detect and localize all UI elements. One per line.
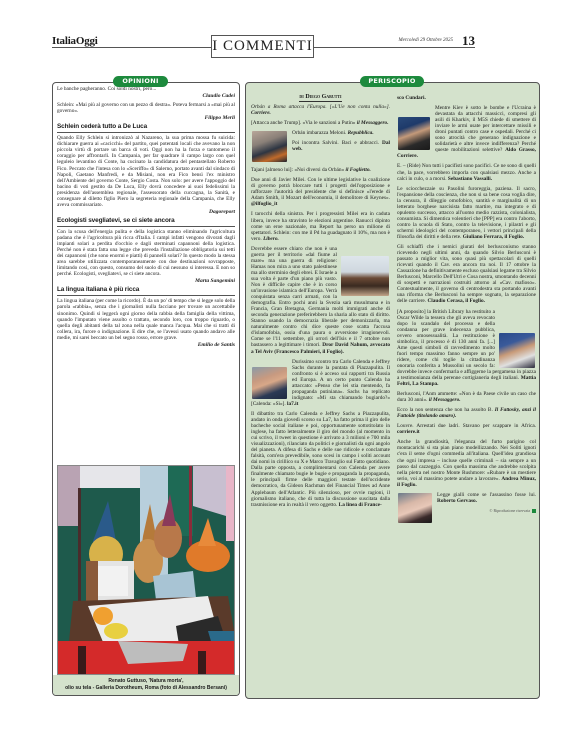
periscopio-item: Mentre Kiev è sotto le bombe e l'Ucraina…: [397, 105, 536, 159]
caption-line-2: olio su tela - Galleria Dorotheum, Roma …: [53, 685, 239, 692]
publication-logo: ItaliaOggi: [52, 35, 98, 47]
periscopio-item: Legge gialli come se l'assassino fosse l…: [397, 492, 536, 524]
opinion-article: Ecologisti svegliatevi, se ci siete anco…: [57, 218, 235, 284]
gervaso-photo: [398, 493, 432, 523]
orban-photo: [252, 131, 287, 162]
periscopio-item: Louvre. Arrestati due ladri. Stavano per…: [397, 423, 536, 435]
opinioni-column: Le banche pagheranno. Coi soldi nostri, …: [52, 82, 240, 696]
green-square-icon: [532, 509, 536, 513]
periscopio-item: Durissimo scontro tra Carlo Calenda e Je…: [251, 359, 390, 407]
letter-signature: Claudio Cadei: [57, 93, 235, 99]
letter: Le banche pagheranno. Coi soldi nostri, …: [57, 86, 235, 99]
byline: di Diego Gabutti: [251, 94, 390, 100]
periscopio-item: Le sciocchezzaie su Pasolini furoreggia,…: [397, 186, 536, 240]
periscopio-item: Due anni di Javier Milei. Con le ultime …: [251, 177, 390, 207]
periscopio-item: Anche la grandiosità, l'eleganza del fur…: [397, 439, 536, 487]
periscopio-item: Dovrebbe essere chiaro che non è una gue…: [251, 246, 390, 355]
article-body: Quando Elly Schlein si intronizzò al Naz…: [57, 135, 235, 208]
issue-date: Mercoledì 29 Ottobre 2025: [399, 38, 453, 43]
kiev-official-photo: [398, 117, 430, 150]
camel-photo: [341, 256, 389, 296]
article-signature: Dagoreport: [57, 209, 235, 215]
article-heading: La lingua italiana è più ricca: [57, 287, 235, 296]
still-life-painting-image: [57, 465, 235, 675]
periscopio-item: [Attacca anche Trump]. «Via le sanzioni …: [251, 120, 390, 126]
periscopio-right-column: sco Cundari. Mentre Kiev è sotto le bomb…: [397, 87, 536, 526]
article-body: Con la scusa dell'energia pulita e della…: [57, 229, 235, 277]
periscopio-item: [A proposito] la British Library ha rest…: [397, 309, 536, 388]
page-number: 13: [462, 33, 475, 49]
opinion-article: Schlein cederà tutto a De Luca Quando El…: [57, 124, 235, 215]
calenda-photo: [252, 367, 287, 399]
article-heading: Schlein cederà tutto a De Luca: [57, 124, 235, 133]
article-heading: Ecologisti svegliatevi, se ci siete anco…: [57, 218, 235, 227]
letter: Schlein: «Mai più al governo con un pezz…: [57, 102, 235, 121]
periscopio-item: Il dibattito tra Carlo Calenda e Jeffrey…: [251, 411, 390, 508]
periscopio-item: Orbán imbarazza Meloni. Repubblica. Poi …: [251, 130, 390, 163]
masthead: ItaliaOggi I COMMENTI Mercoledì 29 Ottob…: [52, 32, 475, 62]
periscopio-item: E. – (Ride) Non tutti i pacifisti sono p…: [397, 163, 536, 181]
image-caption: Renato Guttuso, 'Natura morta', olio su …: [53, 675, 239, 695]
periscopio-item: Berlusconi, l'Anm ammette: «Non è da Pae…: [397, 391, 536, 403]
feltri-photo: [499, 333, 535, 368]
article-signature: Emilio de Santis: [57, 342, 235, 348]
periscopio-item: Orbán a Roma attacca l'Europa. [«L'Ue no…: [251, 104, 390, 116]
periscopio-column: di Diego Gabutti Orbán a Roma attacca l'…: [245, 82, 540, 699]
letter-text: Schlein: «Mai più al governo con un pezz…: [57, 102, 235, 114]
periscopio-item: sco Cundari.: [397, 95, 536, 101]
article-body: La lingua italiana (per come la ricordo)…: [57, 298, 235, 340]
letter-signature: Filippo Merli: [57, 115, 235, 121]
opinion-article: La lingua italiana è più ricca La lingua…: [57, 287, 235, 347]
periscopio-label: PERISCOPIO: [360, 76, 424, 87]
periscopio-item: Tajani [almeno lui]: «Noi diversi da Orb…: [251, 167, 390, 173]
section-title: I COMMENTI: [211, 35, 314, 58]
periscopio-left-column: di Diego Gabutti Orbán a Roma attacca l'…: [251, 94, 390, 512]
periscopio-item: Ecco la non sentenza che non ha assolto …: [397, 407, 536, 419]
periscopio-item: Gli schiaffi che i nemici giurati del be…: [397, 244, 536, 304]
article-signature: Marta Sangemini: [57, 278, 235, 284]
opinioni-label: OPINIONI: [113, 76, 168, 87]
periscopio-item: I tarocchi della sinistra. Per i progres…: [251, 211, 390, 241]
